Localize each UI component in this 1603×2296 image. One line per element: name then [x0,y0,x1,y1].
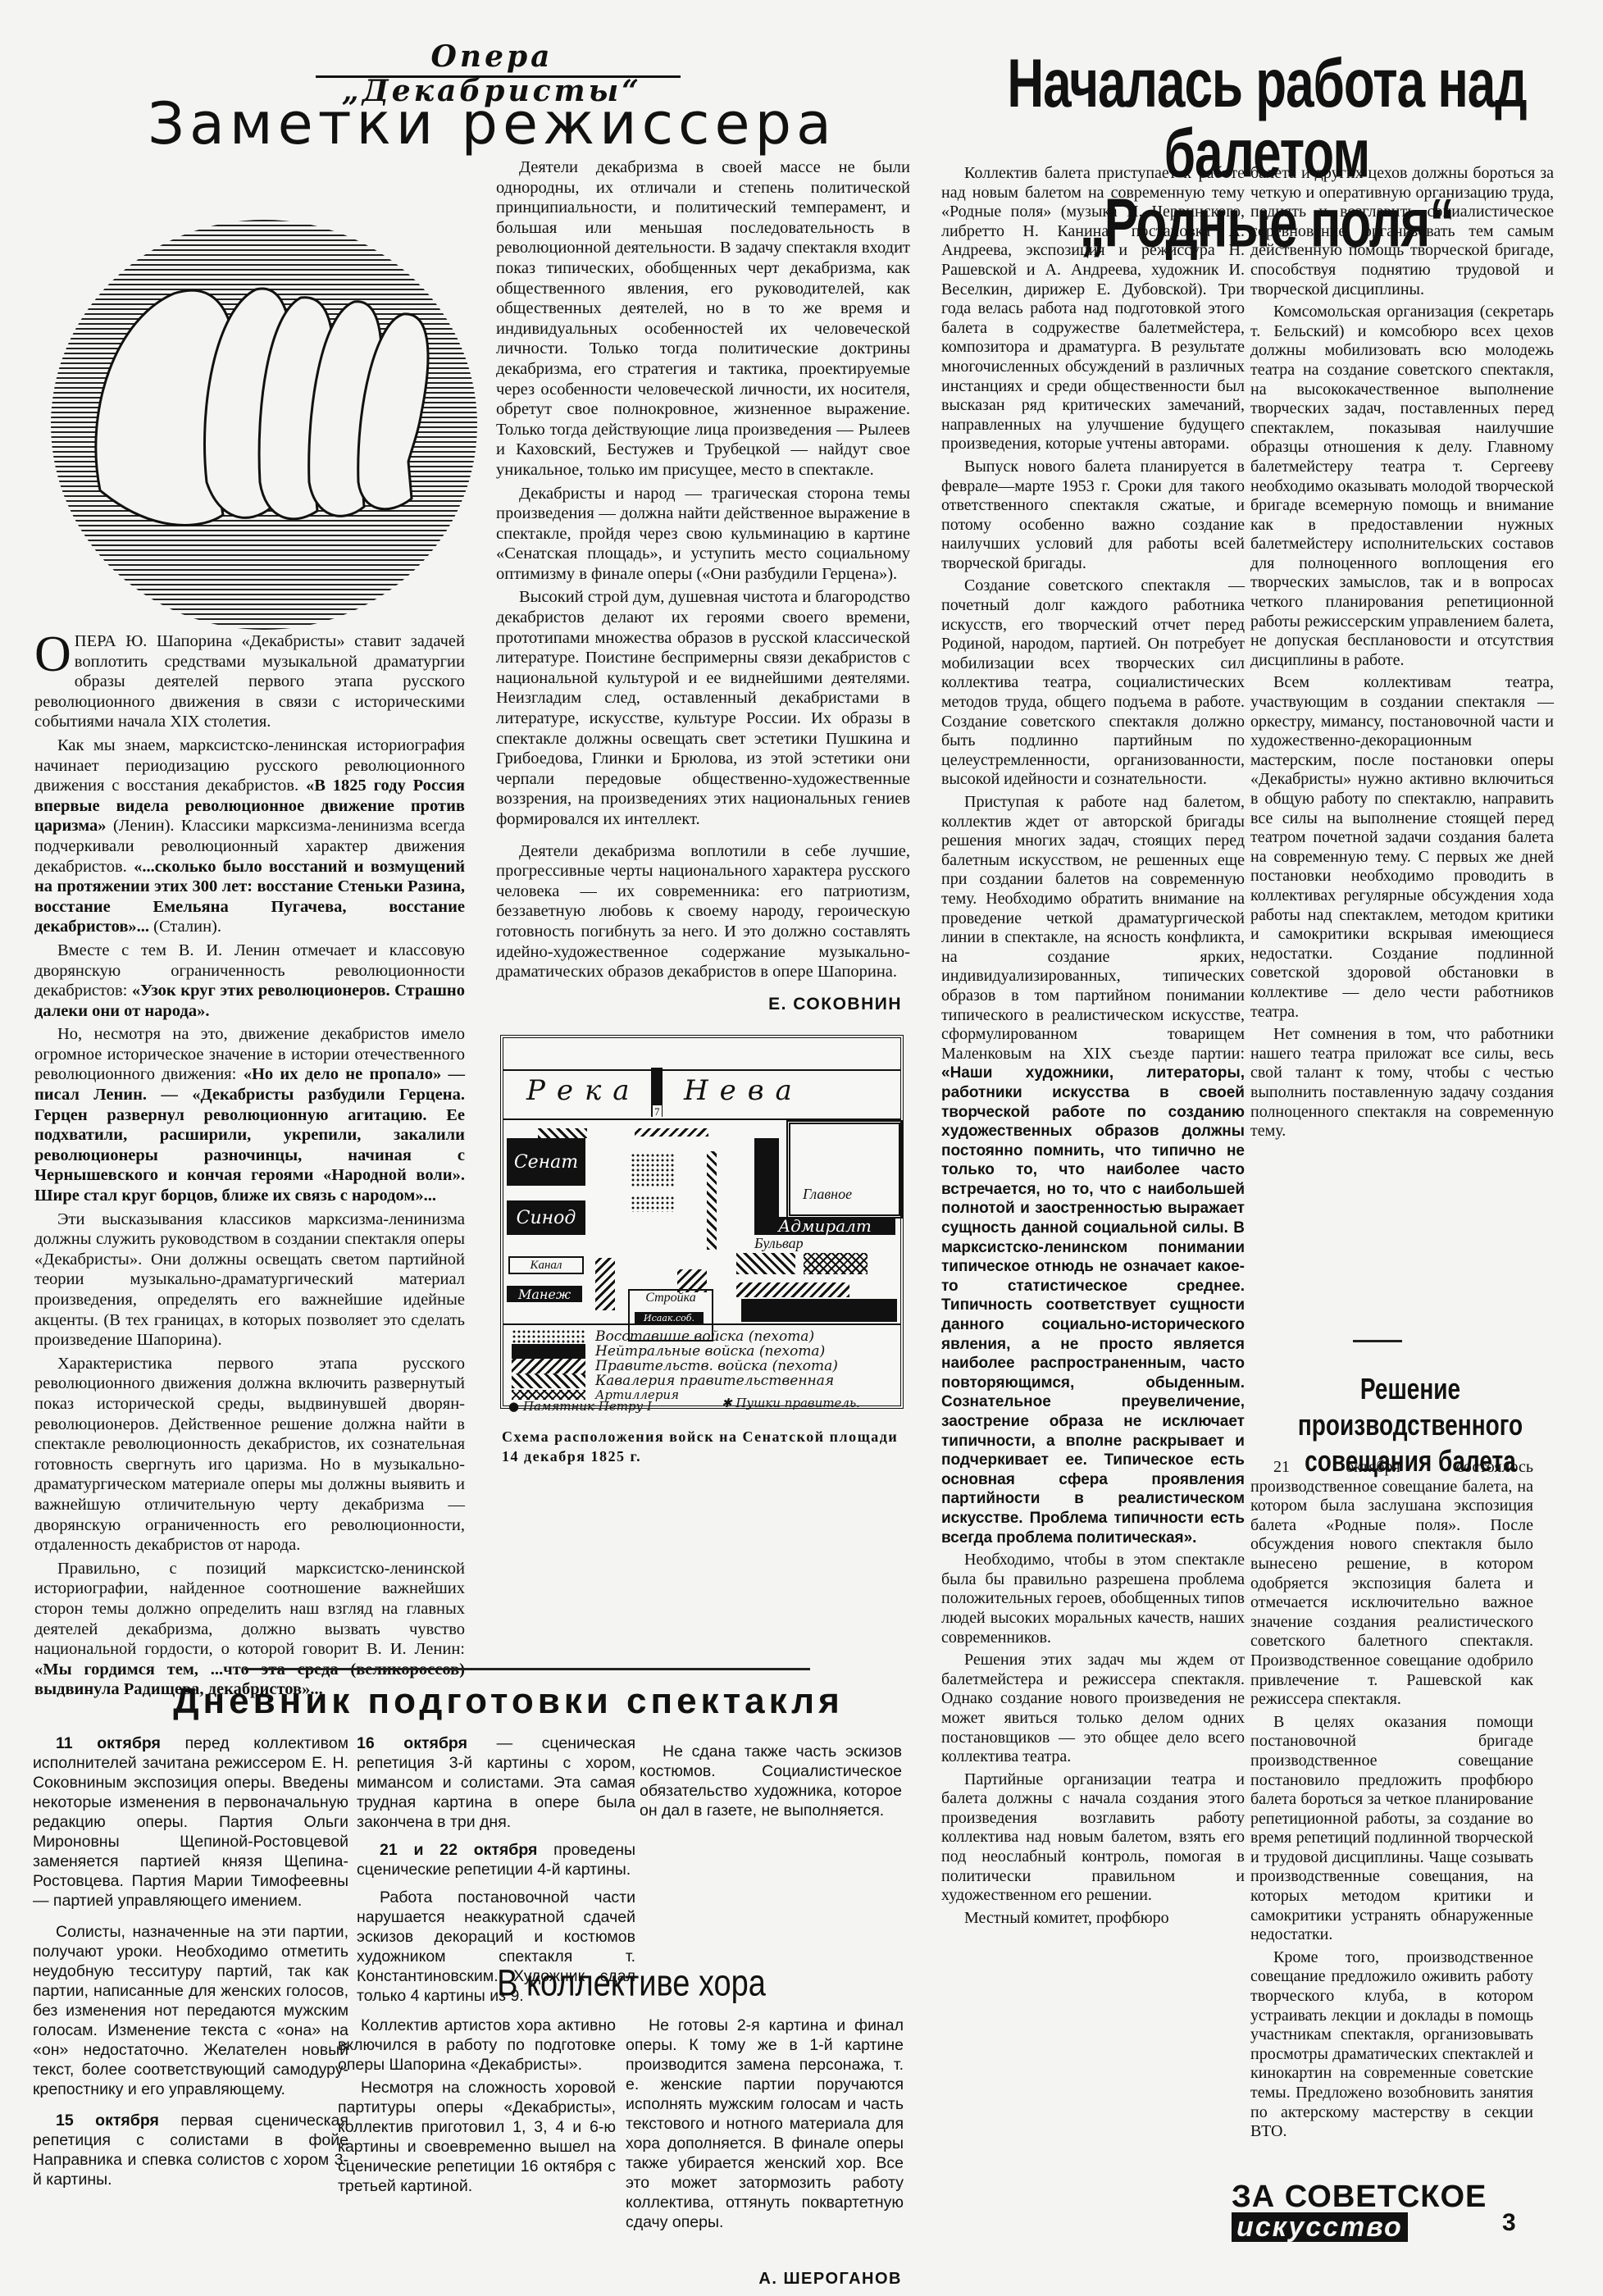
diary-entry: 21 и 22 октября проведены сценические ре… [357,1840,635,1879]
artillery-unit [804,1253,868,1274]
paragraph: Коллектив балета приступает к работе над… [941,164,1245,454]
paragraph: Местный комитет, профбюро [941,1909,1245,1929]
paragraph: Партийные организации театра и балета до… [941,1770,1245,1906]
main-admiralty-label: Главное [803,1186,852,1203]
diary-entry: 11 октября перед коллективом исполнителе… [33,1733,348,1911]
admiralty-outline [786,1120,903,1219]
legend-rebel: Восставшие войска (пехота) [512,1328,814,1345]
paragraph: Нет сомнения в том, что работники нашего… [1250,1025,1554,1141]
choir-body: Коллектив артистов хора активно включилс… [338,2016,904,2262]
boulevard-label: Бульвар [754,1235,804,1252]
diary-column-1: 11 октября перед коллективом исполнителе… [33,1733,348,2193]
masthead-line1: ЗА СОВЕТСКОЕ [1232,2181,1487,2212]
cavalry-unit [538,1128,587,1138]
gov-infantry-unit [707,1151,717,1250]
article5-title: В коллективе хора [361,1963,902,2006]
paragraph: Решения этих задач мы ждем от балетмейст… [941,1651,1245,1767]
paragraph: Как мы знаем, марксистско-ленинская исто… [34,736,465,937]
paragraph: Деятели декабризма в своей массе не были… [496,157,910,481]
diary-column-3: Не сдана также часть эскизов костюмов. С… [640,1733,902,1824]
legend-cavalry: Кавалерия правительственная [512,1373,834,1389]
legend-neutral: Нейтральные войска (пехота) [512,1343,825,1360]
bridge-number: 7 [653,1105,662,1118]
paragraph: Необходимо, чтобы в этом спектакле была … [941,1551,1245,1647]
paragraph: Но, несмотря на это, движение декабристо… [34,1024,465,1205]
rebel-infantry-unit [631,1153,676,1187]
article5-byline: А. ШЕРОГАНОВ [672,2270,902,2289]
cavalry-unit [736,1253,795,1274]
paragraph: В целях оказания помощи постановочной бр… [1250,1713,1533,1945]
paragraph: 21 октября состоялось производственное с… [1250,1458,1533,1710]
article1-column-1: ОПЕРА Ю. Шапорина «Декабристы» ставит за… [34,631,465,1703]
paragraph: Высокий строй дум, душевная чистота и бл… [496,587,910,829]
malenkov-quote: «Наши художники, литераторы, работники и… [941,1064,1245,1546]
manege-building: Манеж [507,1286,582,1302]
page-number: 3 [1502,2209,1516,2237]
diary-entry: 15 октября первая сценическая репетиция … [33,2111,348,2189]
admiralty-label: Адмиралт [754,1217,895,1235]
legend-gov-infantry: Правительств. войска (пехота) [512,1358,838,1374]
paragraph: Создание советского спектакля — почетный… [941,576,1245,790]
lead-paragraph: ОПЕРА Ю. Шапорина «Декабристы» ставит за… [34,631,465,732]
paragraph: Правильно, с позиций марксистско-ленинск… [34,1559,465,1700]
diary-entry: 16 октября — сценическая репетиция 3-й к… [357,1733,635,1832]
section-divider [244,1668,810,1670]
diary-entry: Не сдана также часть эскизов костюмов. С… [640,1742,902,1820]
river-label-right: Нева [684,1074,804,1107]
senate-building: Сенат [507,1138,585,1186]
senate-square-map: Река Нева 7 Сенат Синод Канал Манеж Стро… [500,1035,904,1409]
map-caption: Схема расположения войск на Сенатской пл… [502,1427,904,1466]
kicker-underline [316,75,681,78]
newspaper-masthead: ЗА СОВЕТСКОЕ искусство [1232,2181,1487,2242]
paragraph: Декабристы и народ — трагическая сторона… [496,484,910,585]
gov-infantry-unit [595,1258,615,1310]
gov-infantry-unit [736,1282,849,1297]
paragraph: Выпуск нового балета планируется в февра… [941,458,1245,574]
paragraph: Не готовы 2-я картина и финал оперы. К т… [626,2016,904,2232]
neutral-troops-block [741,1299,897,1322]
article3-body: 21 октября состоялось производственное с… [1250,1458,1533,2145]
paragraph: Характеристика первого этапа русского ре… [34,1354,465,1556]
paragraph: Коллектив артистов хора активно включилс… [338,2016,616,2075]
rebel-infantry-unit [631,1196,676,1212]
diary-entry: Солисты, назначенные на эти партии, полу… [33,1922,348,2099]
drop-cap: О [34,635,75,674]
paragraph: Вместе с тем В. И. Ленин отмечает и клас… [34,941,465,1021]
article1-column-2: Деятели декабризма в своей массе не были… [496,157,910,986]
decembrists-medallion-illustration [51,220,477,630]
short-divider [1353,1340,1402,1342]
gov-infantry-unit [635,1128,708,1137]
article2-column-2: балета и других цехов должны бороться за… [1250,164,1554,1145]
paragraph: Всем коллективам театра, участвующим в с… [1250,673,1554,1022]
article2-column-1: Коллектив балета приступает к работе над… [941,164,1245,1931]
paragraph: Комсомольская организация (секретарь т. … [1250,303,1554,670]
legend-cannons: ✱ Пушки правитель. [722,1396,860,1410]
synod-building: Синод [507,1200,585,1235]
paragraph: балета и других цехов должны бороться за… [1250,164,1554,299]
paragraph: Несмотря на сложность хоровой партитуры … [338,2078,616,2196]
article4-title: Дневник подготовки спектакля [156,1681,861,1722]
paragraph: Приступая к работе над балетом, коллекти… [941,793,1245,1547]
profiles-icon [51,220,477,630]
river-label-left: Река [526,1074,641,1107]
canal-label: Канал [508,1256,584,1274]
article1-title: Заметки режиссера [148,90,836,157]
paragraph: Деятели декабризма воплотили в себе лучш… [496,841,910,982]
masthead-line2: искусство [1232,2212,1408,2242]
paragraph: Кроме того, производственное совещание п… [1250,1948,1533,2142]
legend-monument: ● Памятник Петру I [508,1399,652,1414]
paragraph: Эти высказывания классиков марксизма-лен… [34,1209,465,1351]
legend-divider [503,1323,900,1325]
isaac-cathedral: Исаак.соб. [635,1312,704,1323]
article1-byline: Е. СОКОВНИН [590,995,902,1014]
